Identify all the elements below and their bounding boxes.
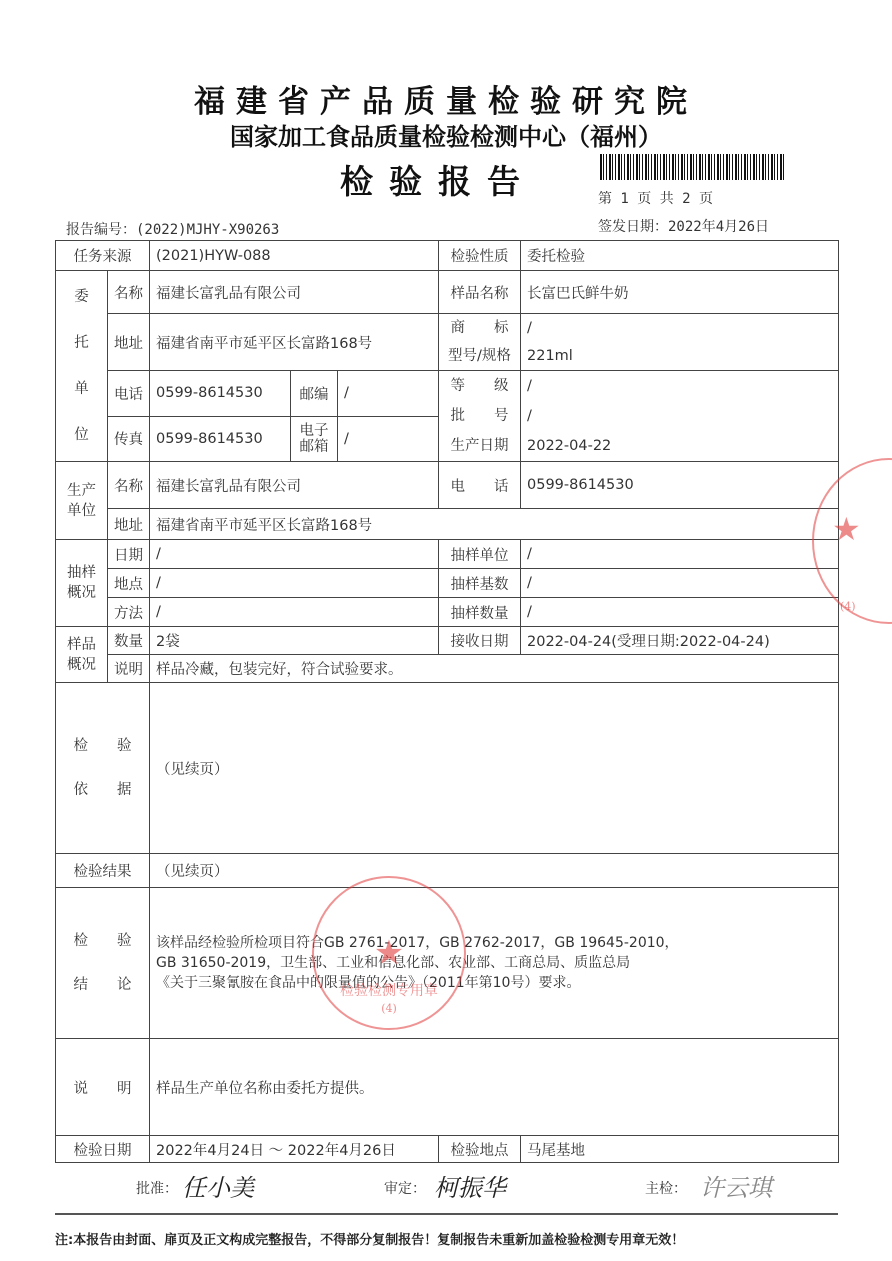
report-table: 任务来源 (2021)HYW-088 检验性质 委托检验 委托 单位 名称 福建… xyxy=(55,240,839,1163)
task-source-label: 任务来源 xyxy=(56,241,150,271)
edge-stamp-number: (4) xyxy=(840,600,856,613)
basis-value: （见续页） xyxy=(150,683,839,854)
stamp-text: 检验检测专用章 xyxy=(314,980,464,1000)
center-name: 国家加工食品质量检验检测中心（福州） xyxy=(0,117,892,152)
conclusion-value: 该样品经检验所检项目符合GB 2761-2017，GB 2762-2017，GB… xyxy=(150,888,839,1039)
email-label: 电子邮箱 xyxy=(291,416,338,462)
sampling-unit-label: 抽样单位 xyxy=(439,540,521,569)
report-number: 报告编号：(2022)MJHY-X90263 xyxy=(66,219,279,239)
producer-address-label: 地址 xyxy=(108,509,150,540)
sample-desc-value: 样品冷藏，包装完好，符合试验要求。 xyxy=(150,655,839,683)
receive-date-value: 2022-04-24(受理日期:2022-04-24) xyxy=(521,627,839,655)
sampling-place-value: / xyxy=(150,569,439,598)
sample-name-label: 样品名称 xyxy=(439,271,521,314)
sampling-date-label: 日期 xyxy=(108,540,150,569)
client-name-label: 名称 xyxy=(108,271,150,314)
issue-date: 签发日期：2022年4月26日 xyxy=(598,216,769,236)
sampling-date-value: / xyxy=(150,540,439,569)
approve-label: 批准： xyxy=(136,1178,178,1198)
approve-signature: 任小美 xyxy=(182,1168,254,1203)
sampling-qty-label: 抽样数量 xyxy=(439,598,521,627)
review-signature: 柯振华 xyxy=(434,1168,506,1203)
producer-phone-label: 电 话 xyxy=(439,462,521,509)
client-name-value: 福建长富乳品有限公司 xyxy=(150,271,439,314)
brand-spec-labels: 商 标型号/规格 xyxy=(439,314,521,371)
postcode-label: 邮编 xyxy=(291,371,338,417)
inspection-location-value: 马尾基地 xyxy=(521,1136,839,1163)
sampling-method-label: 方法 xyxy=(108,598,150,627)
inspect-label: 主检： xyxy=(645,1178,687,1198)
result-value: （见续页） xyxy=(150,854,839,888)
producer-name-label: 名称 xyxy=(108,462,150,509)
inspection-date-label: 检验日期 xyxy=(56,1136,150,1163)
issue-date-label: 签发日期： xyxy=(598,219,668,235)
task-source-value: (2021)HYW-088 xyxy=(150,241,439,271)
grade-batch-date-labels: 等 级批 号生产日期 xyxy=(439,371,521,462)
client-phone-value: 0599-8614530 xyxy=(150,371,291,417)
client-fax-label: 传真 xyxy=(108,416,150,462)
producer-phone-value: 0599-8614530 xyxy=(521,462,839,509)
sampling-method-value: / xyxy=(150,598,439,627)
official-stamp: ★ 检验检测专用章 (4) xyxy=(312,876,466,1030)
report-number-value: (2022)MJHY-X90263 xyxy=(136,222,279,238)
postcode-value: / xyxy=(338,371,439,417)
star-icon: ★ xyxy=(832,510,861,548)
barcode xyxy=(600,154,786,180)
grade-batch-date-values: //2022-04-22 xyxy=(521,371,839,462)
footer-note: 注:本报告由封面、扉页及正文构成完整报告，不得部分复制报告！复制报告未重新加盖检… xyxy=(55,1229,684,1248)
sample-name-value: 长富巴氏鲜牛奶 xyxy=(521,271,839,314)
institute-name: 福建省产品质量检验研究院 xyxy=(0,76,892,121)
client-phone-label: 电话 xyxy=(108,371,150,417)
remark-label: 说 明 xyxy=(56,1039,150,1136)
client-fax-value: 0599-8614530 xyxy=(150,416,291,462)
sample-qty-value: 2袋 xyxy=(150,627,439,655)
inspection-date-value: 2022年4月24日 ～ 2022年4月26日 xyxy=(150,1136,439,1163)
sampling-unit-value: / xyxy=(521,540,839,569)
stamp-number: (4) xyxy=(314,1002,464,1015)
conclusion-label: 检 验结 论 xyxy=(56,888,150,1039)
client-group-label: 委托 单位 xyxy=(56,271,108,462)
producer-group-label: 生产单位 xyxy=(56,462,108,540)
sampling-group-label: 抽样概况 xyxy=(56,540,108,627)
producer-name-value: 福建长富乳品有限公司 xyxy=(150,462,439,509)
producer-address-value: 福建省南平市延平区长富路168号 xyxy=(150,509,839,540)
sampling-base-label: 抽样基数 xyxy=(439,569,521,598)
review-label: 审定： xyxy=(384,1178,426,1198)
page-info: 第 1 页 共 2 页 xyxy=(598,188,713,208)
result-label: 检验结果 xyxy=(56,854,150,888)
sample-qty-label: 数量 xyxy=(108,627,150,655)
inspection-type-value: 委托检验 xyxy=(521,241,839,271)
client-address-label: 地址 xyxy=(108,314,150,371)
email-value: / xyxy=(338,416,439,462)
client-address-value: 福建省南平市延平区长富路168号 xyxy=(150,314,439,371)
inspect-signature: 许云琪 xyxy=(700,1168,772,1203)
sampling-base-value: / xyxy=(521,569,839,598)
remark-value: 样品生产单位名称由委托方提供。 xyxy=(150,1039,839,1136)
sample-desc-label: 说明 xyxy=(108,655,150,683)
sampling-qty-value: / xyxy=(521,598,839,627)
brand-spec-values: /221ml xyxy=(521,314,839,371)
report-number-label: 报告编号： xyxy=(66,222,136,238)
document-title: 检验报告 xyxy=(340,156,536,203)
sampling-place-label: 地点 xyxy=(108,569,150,598)
sample-overview-group-label: 样品概况 xyxy=(56,627,108,683)
footer-divider xyxy=(55,1213,838,1215)
inspection-type-label: 检验性质 xyxy=(439,241,521,271)
basis-label: 检 验依 据 xyxy=(56,683,150,854)
issue-date-value: 2022年4月26日 xyxy=(668,219,769,235)
inspection-location-label: 检验地点 xyxy=(439,1136,521,1163)
star-icon: ★ xyxy=(314,933,464,973)
receive-date-label: 接收日期 xyxy=(439,627,521,655)
